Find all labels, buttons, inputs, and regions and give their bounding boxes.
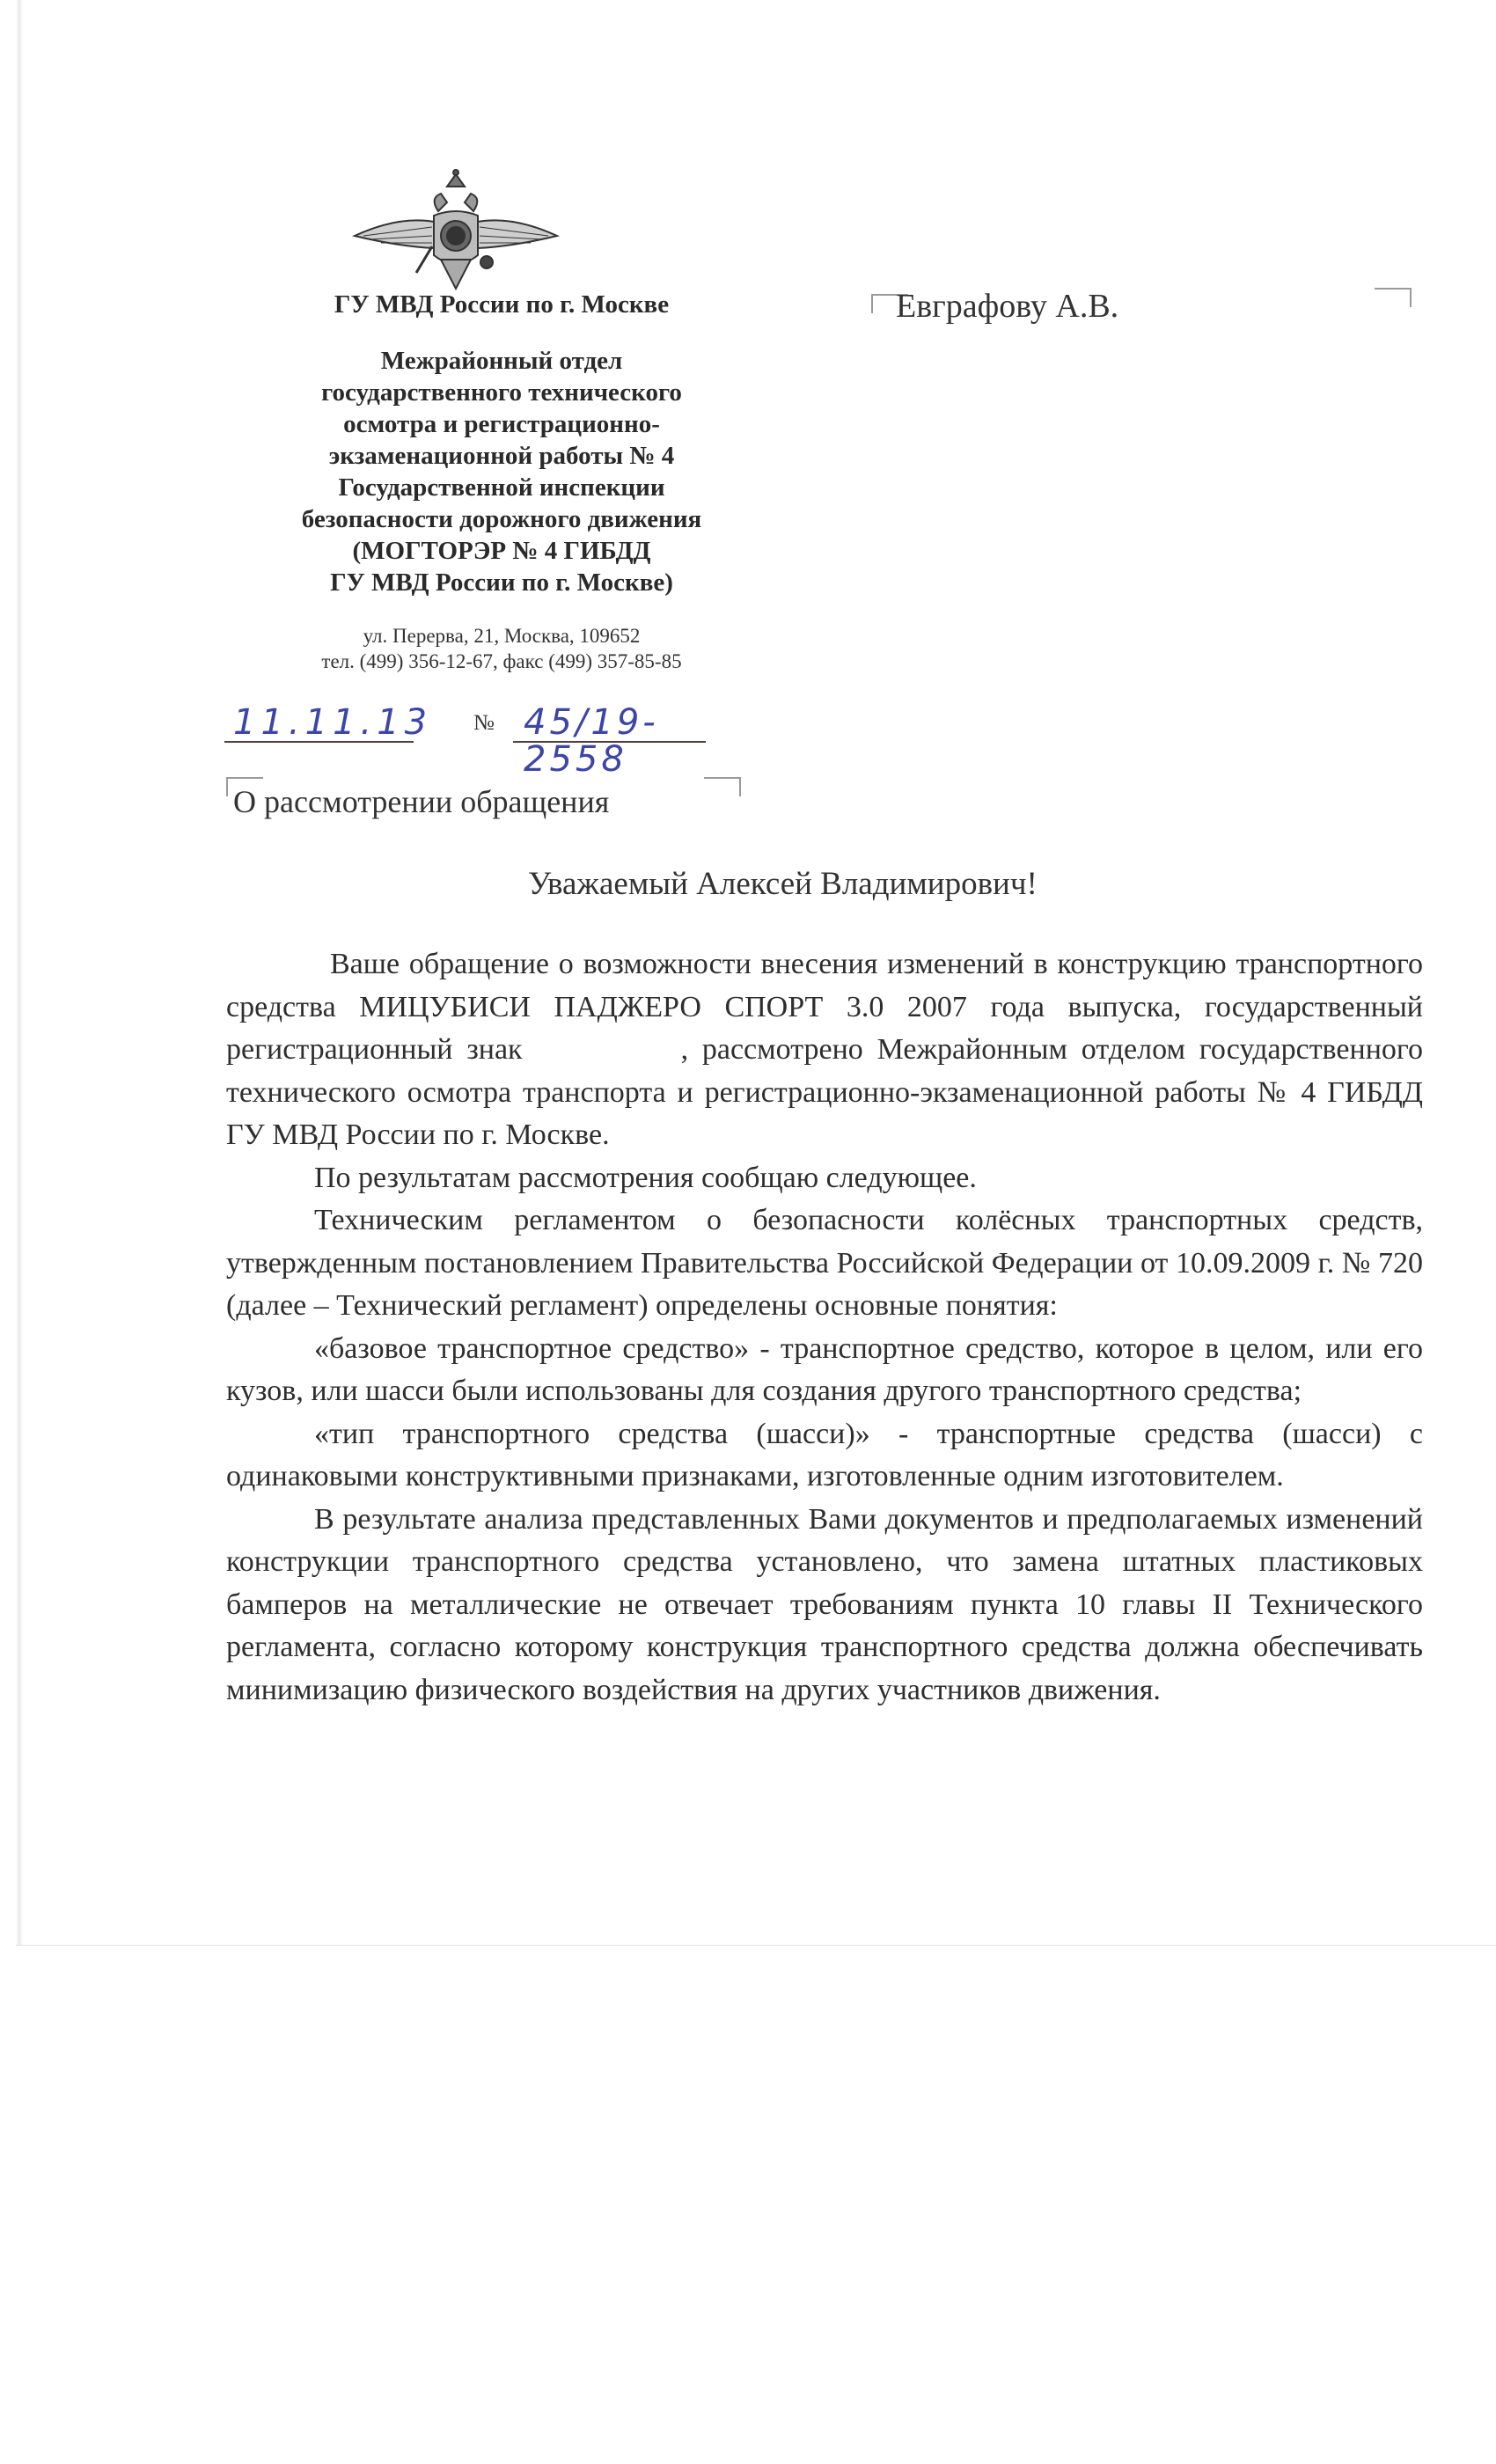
corner-bracket-right — [704, 777, 741, 796]
organization-name: ГУ МВД России по г. Москве — [220, 290, 783, 319]
department-line: экзаменационной работы № 4 — [220, 440, 783, 472]
paragraph-regulation: Техническим регламентом о безопасности к… — [226, 1199, 1423, 1328]
addressee: Евграфову А.В. — [896, 287, 1118, 326]
salutation: Уважаемый Алексей Владимирович! — [528, 865, 1038, 903]
subject-line: О рассмотрении обращения — [233, 783, 609, 820]
department-line: (МОГТОРЭР № 4 ГИБДД — [220, 535, 783, 567]
scan-edge-shadow — [16, 0, 23, 1945]
department-line: государственного технического — [220, 377, 783, 408]
registration-line: 11.11.13 № 45/19-2558 — [224, 704, 788, 750]
corner-bracket-right — [1375, 288, 1412, 307]
address: ул. Перерва, 21, Москва, 109652 — [220, 623, 783, 649]
scan-edge-bottom — [16, 1945, 1496, 1946]
department-line: Государственной инспекции — [220, 472, 783, 503]
mvd-emblem-icon — [346, 167, 566, 290]
department-line: осмотра и регистрационно- — [220, 408, 783, 440]
paragraph-request: Ваше обращение о возможности внесения из… — [226, 943, 1423, 1157]
registration-date: 11.11.13 — [224, 704, 414, 743]
department-line: Межрайонный отдел — [220, 345, 783, 377]
department-name: Межрайонный отдел государственного техни… — [220, 345, 783, 598]
registration-number: 45/19-2558 — [513, 704, 706, 743]
number-label: № — [473, 711, 495, 736]
paragraph-definition-vehicle-type: «тип транспортного средства (шасси)» - т… — [226, 1413, 1423, 1499]
letter-body: Ваше обращение о возможности внесения из… — [226, 943, 1423, 1712]
paragraph-conclusion: В результате анализа представленных Вами… — [226, 1499, 1423, 1712]
letterhead: ГУ МВД России по г. Москве Межрайонный о… — [220, 290, 783, 674]
phone-fax: тел. (499) 356-12-67, факс (499) 357-85-… — [220, 649, 783, 674]
contacts: ул. Перерва, 21, Москва, 109652 тел. (49… — [220, 623, 783, 674]
paragraph-definition-base-vehicle: «базовое транспортное средство» - трансп… — [226, 1328, 1423, 1413]
paragraph-results-intro: По результатам рассмотрения сообщаю след… — [226, 1157, 1423, 1200]
department-line: безопасности дорожного движения — [220, 503, 783, 535]
department-line: ГУ МВД России по г. Москве) — [220, 567, 783, 598]
